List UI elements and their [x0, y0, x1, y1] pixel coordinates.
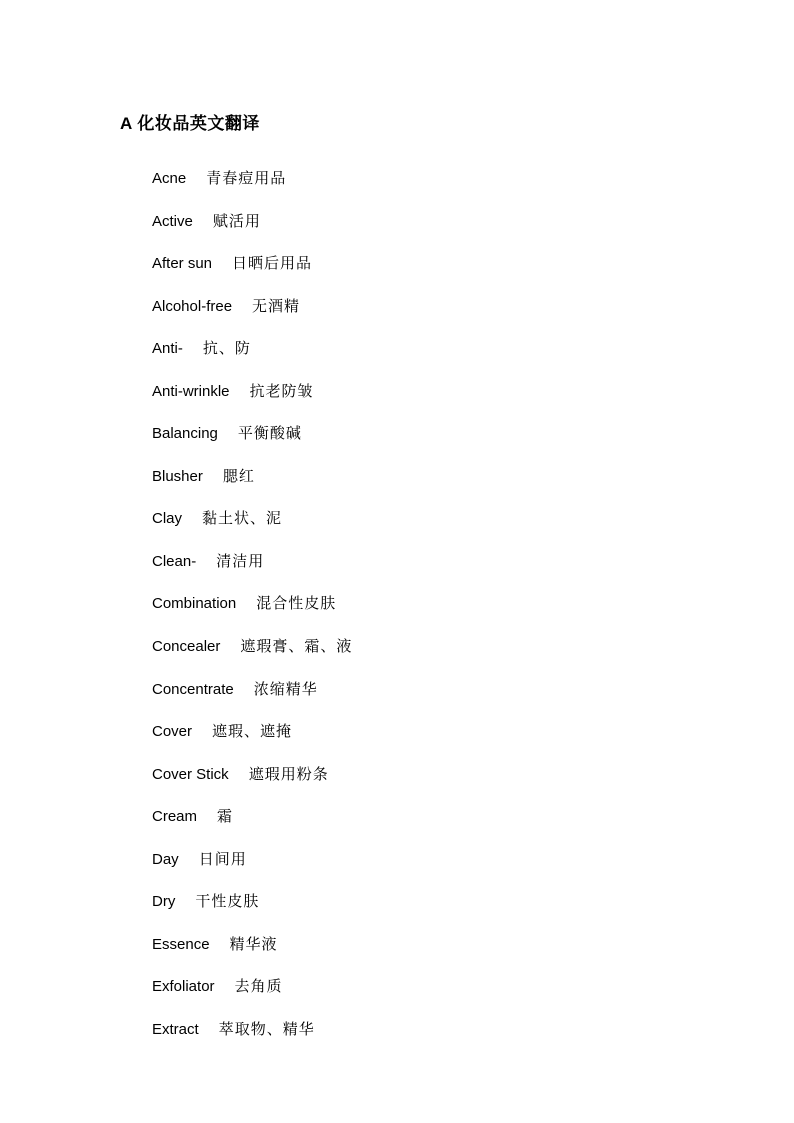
page-title: A 化妆品英文翻译	[120, 112, 260, 136]
term-english: Day	[152, 851, 179, 868]
term-english: Anti-	[152, 340, 183, 357]
glossary-entry: Extract萃取物、精华	[152, 1009, 752, 1052]
term-chinese: 黏土状、泥	[202, 511, 282, 527]
term-chinese: 遮瑕、遮掩	[212, 724, 292, 740]
glossary-entry: After sun日晒后用品	[152, 243, 752, 286]
term-english: Cover Stick	[152, 766, 229, 783]
glossary-entry: Alcohol-free无酒精	[152, 286, 752, 329]
term-english: Clay	[152, 510, 182, 527]
term-chinese: 去角质	[235, 979, 283, 995]
term-english: Blusher	[152, 468, 203, 485]
term-chinese: 日间用	[199, 852, 247, 868]
term-chinese: 干性皮肤	[195, 894, 259, 910]
glossary-entry: Acne青春痘用品	[152, 158, 752, 201]
term-english: Combination	[152, 595, 236, 612]
term-chinese: 萃取物、精华	[219, 1022, 315, 1038]
term-chinese: 霜	[217, 809, 233, 825]
term-english: After sun	[152, 255, 212, 272]
term-english: Cover	[152, 723, 192, 740]
glossary-entry: Cream霜	[152, 796, 752, 839]
glossary-entry: Cover Stick遮瑕用粉条	[152, 754, 752, 797]
term-chinese: 抗老防皱	[250, 384, 314, 400]
term-english: Anti-wrinkle	[152, 383, 230, 400]
term-english: Extract	[152, 1021, 199, 1038]
term-english: Exfoliator	[152, 978, 215, 995]
glossary-list: Acne青春痘用品 Active赋活用 After sun日晒后用品 Alcoh…	[152, 158, 752, 1051]
term-chinese: 腮红	[223, 469, 255, 485]
glossary-entry: Anti-抗、防	[152, 328, 752, 371]
term-chinese: 日晒后用品	[232, 256, 312, 272]
term-chinese: 抗、防	[203, 341, 251, 357]
term-chinese: 遮瑕膏、霜、液	[240, 639, 352, 655]
glossary-entry: Cover遮瑕、遮掩	[152, 711, 752, 754]
term-chinese: 混合性皮肤	[256, 596, 336, 612]
term-english: Dry	[152, 893, 175, 910]
term-chinese: 浓缩精华	[254, 682, 318, 698]
term-english: Concentrate	[152, 681, 234, 698]
term-chinese: 赋活用	[213, 214, 261, 230]
glossary-entry: Concentrate浓缩精华	[152, 669, 752, 712]
term-english: Clean-	[152, 553, 196, 570]
term-english: Alcohol-free	[152, 298, 232, 315]
term-english: Balancing	[152, 425, 218, 442]
glossary-entry: Essence精华液	[152, 924, 752, 967]
document-page: A 化妆品英文翻译 Acne青春痘用品 Active赋活用 After sun日…	[0, 0, 794, 1123]
term-english: Active	[152, 213, 193, 230]
term-english: Cream	[152, 808, 197, 825]
term-english: Essence	[152, 936, 210, 953]
term-chinese: 精华液	[230, 937, 278, 953]
term-english: Concealer	[152, 638, 220, 655]
term-chinese: 无酒精	[252, 299, 300, 315]
term-chinese: 平衡酸碱	[238, 426, 302, 442]
glossary-entry: Blusher腮红	[152, 456, 752, 499]
glossary-entry: Balancing平衡酸碱	[152, 413, 752, 456]
glossary-entry: Exfoliator去角质	[152, 966, 752, 1009]
glossary-entry: Dry干性皮肤	[152, 881, 752, 924]
glossary-entry: Combination混合性皮肤	[152, 583, 752, 626]
term-chinese: 遮瑕用粉条	[249, 767, 329, 783]
glossary-entry: Clean-清洁用	[152, 541, 752, 584]
term-chinese: 青春痘用品	[206, 171, 286, 187]
glossary-entry: Day日间用	[152, 839, 752, 882]
term-english: Acne	[152, 170, 186, 187]
glossary-entry: Anti-wrinkle抗老防皱	[152, 371, 752, 414]
term-chinese: 清洁用	[216, 554, 264, 570]
glossary-entry: Clay黏土状、泥	[152, 498, 752, 541]
glossary-entry: Active赋活用	[152, 201, 752, 244]
glossary-entry: Concealer遮瑕膏、霜、液	[152, 626, 752, 669]
